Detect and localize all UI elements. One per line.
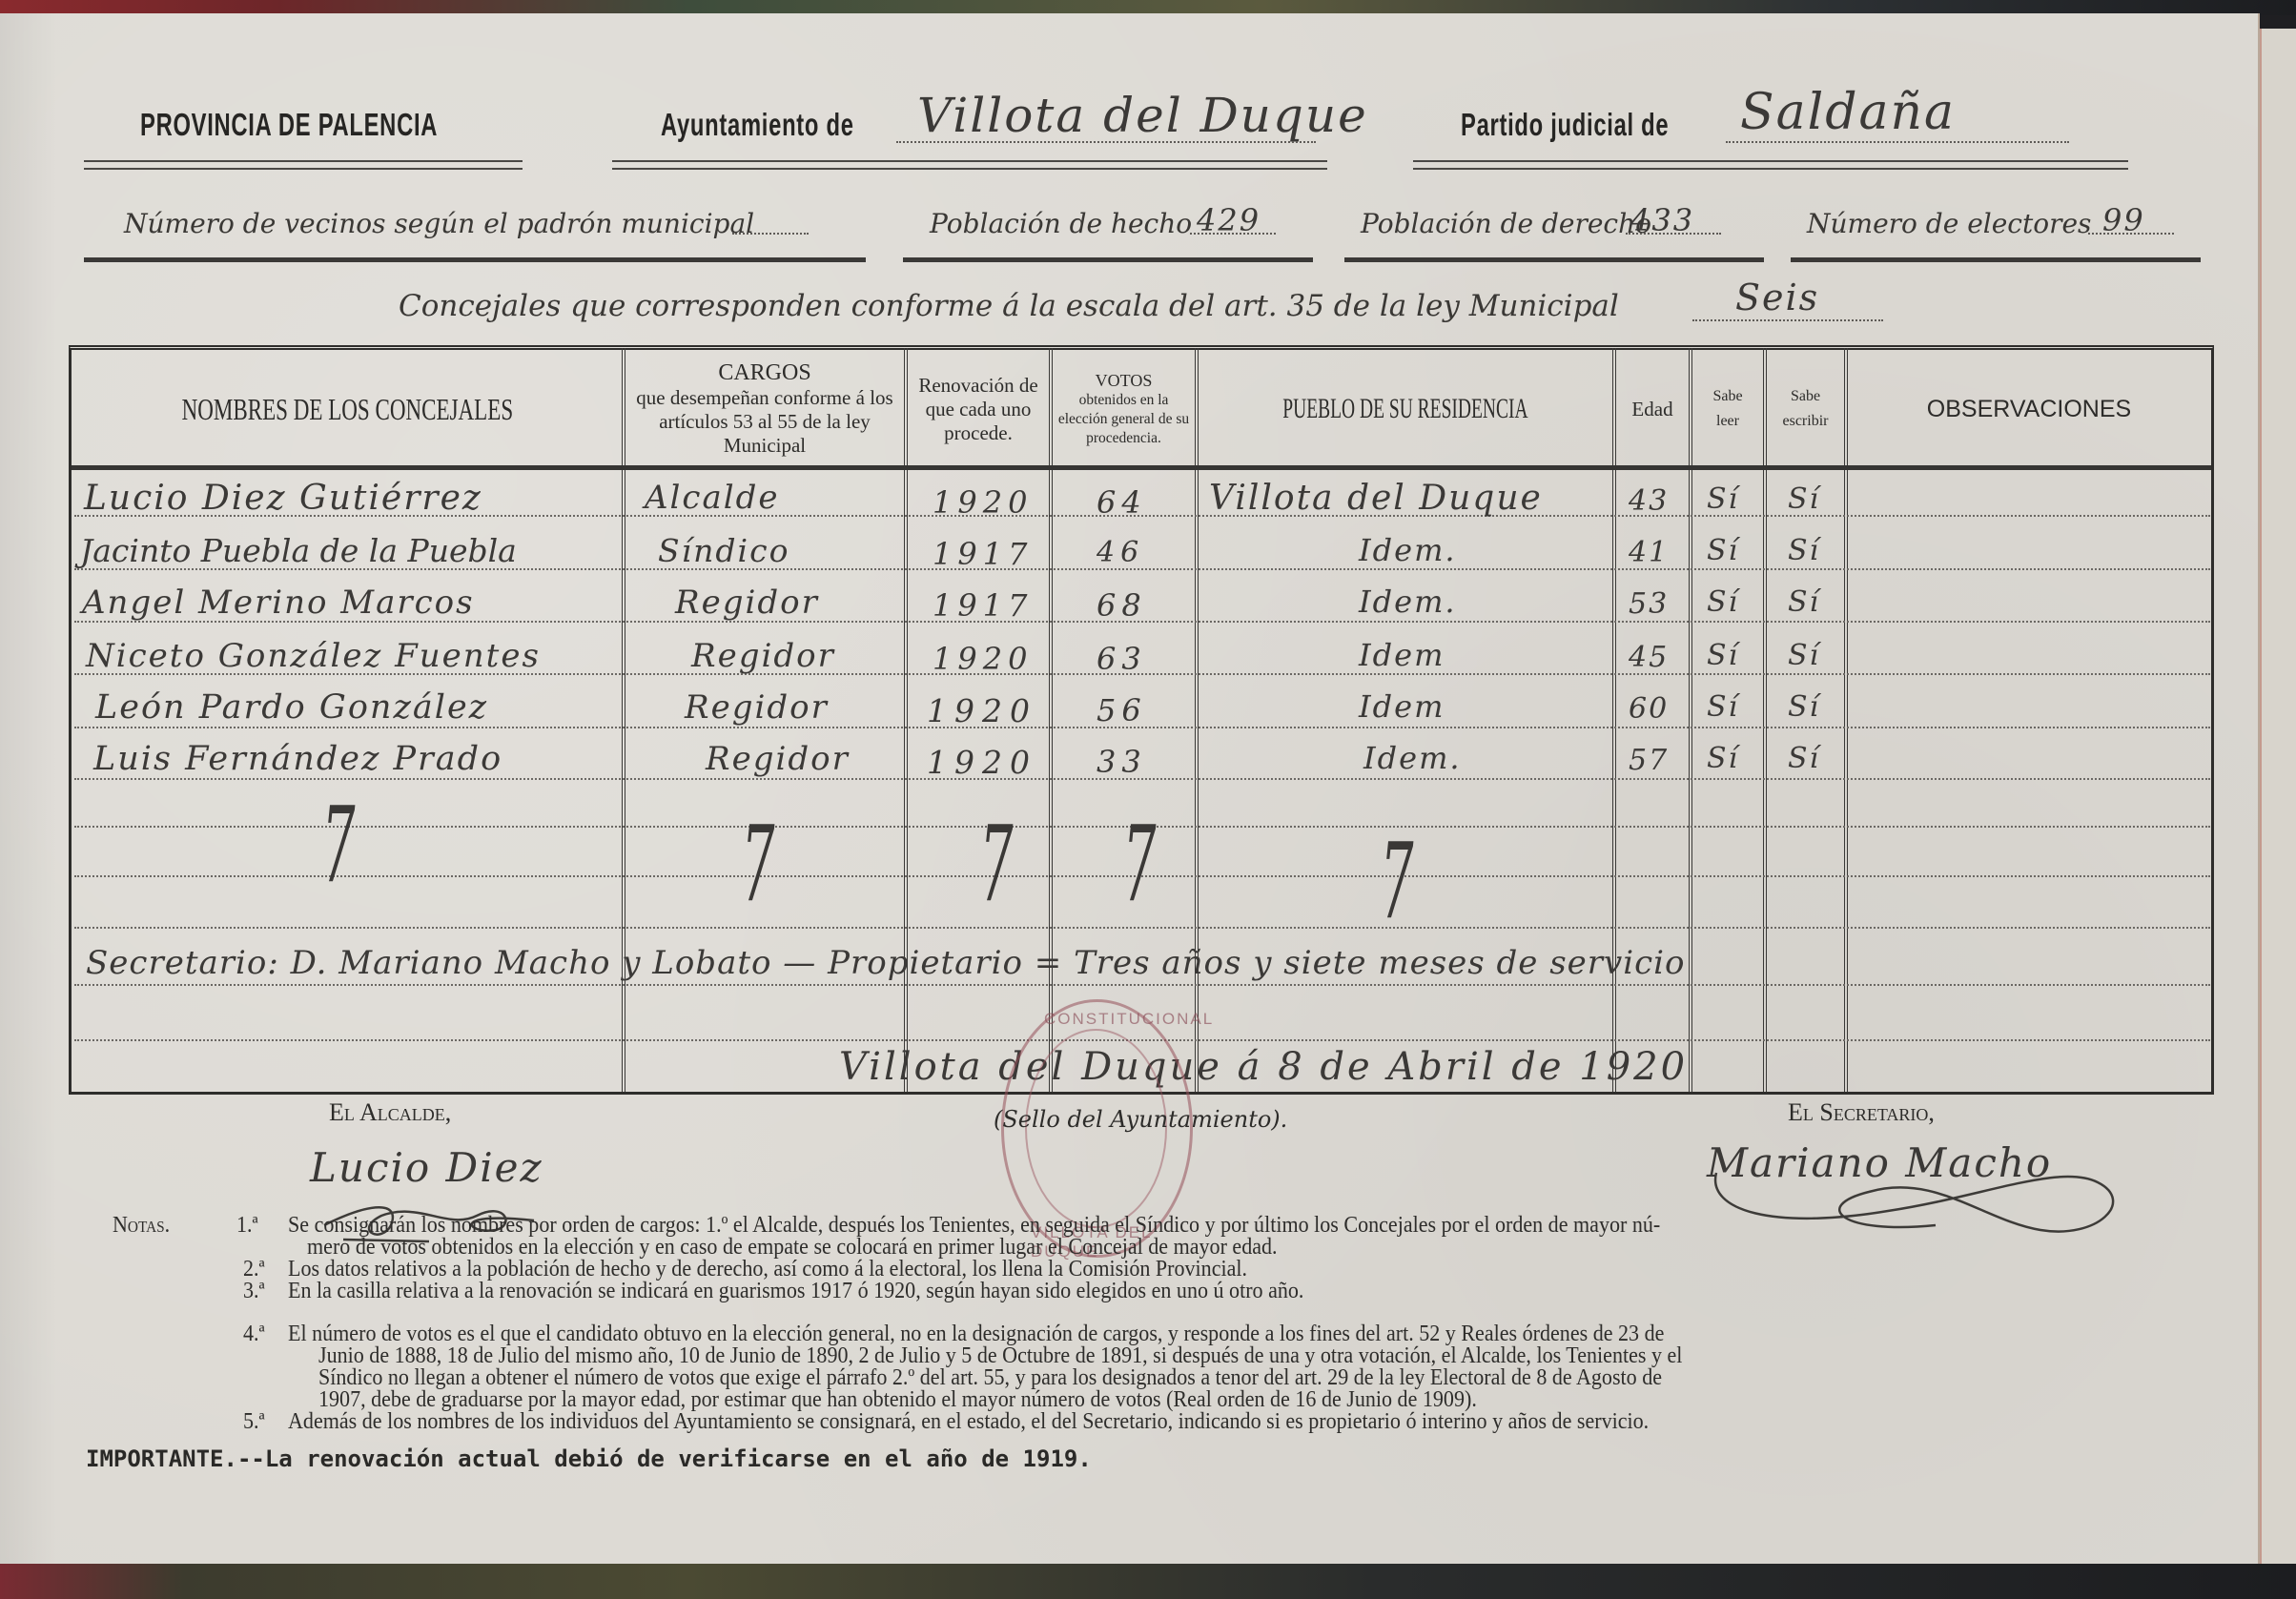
secretario-rubric — [1697, 1144, 2136, 1249]
cell-pueblo: Idem — [1359, 637, 1445, 673]
cell-votos: 56 — [1097, 692, 1147, 728]
dotted-line — [1190, 233, 1276, 235]
alcalde-label: El Alcalde, — [329, 1098, 451, 1127]
note-3-num: 3.ª — [243, 1281, 265, 1302]
column-header-observaciones: OBSERVACIONES — [1848, 353, 2210, 465]
cell-renovacion: 1917 — [933, 536, 1033, 572]
column-header-sabe-escribir: Sabe escribir — [1767, 353, 1844, 465]
note-5-num: 5.ª — [243, 1411, 265, 1432]
column-header-title: CARGOS — [718, 360, 810, 386]
cell-sabe-escribir: Sí — [1788, 534, 1820, 567]
cell-renovacion: 1920 — [927, 692, 1037, 729]
cell-pueblo: Villota del Duque — [1209, 479, 1543, 518]
cell-pueblo: Idem. — [1359, 584, 1457, 620]
rule — [903, 257, 1313, 262]
provincia-label: PROVINCIA DE PALENCIA — [140, 107, 438, 143]
important-notice: IMPORTANTE.--La renovación actual debió … — [86, 1445, 1092, 1472]
cell-cargo: Síndico — [658, 532, 789, 569]
page-gutter-shadow — [0, 13, 57, 1569]
seal-top-text: CONSTITUCIONAL — [1044, 1010, 1214, 1029]
concejales-label: Concejales que corresponden conforme á l… — [399, 289, 1619, 323]
hecho-label: Población de hecho — [930, 208, 1192, 239]
partido-label: Partido judicial de — [1461, 107, 1669, 143]
column-header-votos: VOTOS obtenidos en la elección general d… — [1053, 353, 1195, 465]
cell-sabe-escribir: Sí — [1788, 690, 1820, 724]
cell-nombre: Lucio Diez Gutiérrez — [84, 479, 482, 518]
cell-nombre: Angel Merino Marcos — [82, 584, 475, 622]
cell-renovacion: 1920 — [927, 744, 1037, 781]
column-header-renovacion: Renovación de que cada uno procede. — [908, 353, 1049, 465]
cell-nombre: Luis Fernández Prado — [93, 740, 502, 778]
cell-cargo: Regidor — [691, 637, 835, 675]
cell-pueblo: Idem. — [1359, 532, 1457, 568]
fecha-line: Villota del Duque á 8 de Abril de 1920 — [839, 1045, 1688, 1089]
cell-edad: 41 — [1629, 536, 1669, 569]
cell-edad: 60 — [1629, 692, 1669, 726]
column-header-label: Renovación de que cada uno procede. — [912, 374, 1045, 445]
dotted-line — [896, 141, 1316, 143]
cell-sabe-escribir: Sí — [1788, 639, 1820, 672]
column-header-edad: Edad — [1616, 353, 1689, 465]
cell-edad: 45 — [1629, 641, 1669, 674]
note-2-num: 2.ª — [243, 1259, 265, 1280]
cell-votos: 63 — [1097, 641, 1147, 677]
note-4-line-3: Síndico no llegan a obtener el número de… — [318, 1367, 1662, 1388]
rule — [1791, 257, 2201, 262]
next-page-edge — [2260, 29, 2296, 1573]
column-header-title: VOTOS — [1096, 371, 1153, 391]
rule — [612, 160, 1327, 170]
column-header-pueblo: PUEBLO DE SU RESIDENCIA — [1199, 353, 1612, 465]
column-header-label: NOMBRES DE LOS CONCEJALES — [181, 392, 513, 427]
cell-sabe-escribir: Sí — [1788, 585, 1820, 619]
dotted-line — [1626, 233, 1721, 235]
book-binding-bottom — [0, 1564, 2296, 1599]
cell-cargo: Alcalde — [645, 479, 780, 517]
dotted-line — [1692, 319, 1883, 321]
row-divider — [74, 984, 2210, 986]
cell-edad: 43 — [1629, 484, 1669, 518]
secretario-line: Secretario: D. Mariano Macho y Lobato — … — [86, 944, 1686, 982]
column-header-label: que desempeñan conforme á los artículos … — [631, 386, 898, 458]
header-rule — [72, 465, 2211, 470]
note-1-line-1: Se consignarán los nombres por orden de … — [288, 1215, 1660, 1236]
row-divider — [74, 927, 2210, 929]
rule — [84, 160, 523, 170]
empty-row-mark: 7 — [322, 784, 356, 906]
concejales-value: Seis — [1735, 277, 1819, 318]
cell-votos: 64 — [1097, 484, 1147, 521]
empty-row-mark: 7 — [1123, 803, 1157, 925]
note-4-line-2: Junio de 1888, 18 de Julio del mismo año… — [318, 1345, 1682, 1366]
empty-row-mark: 7 — [980, 803, 1014, 925]
column-header-label: Sabe leer — [1704, 384, 1752, 434]
secretario-label: El Secretario, — [1788, 1098, 1935, 1127]
note-5-line-1: Además de los nombres de los individuos … — [288, 1411, 1649, 1432]
cell-sabe-escribir: Sí — [1788, 742, 1820, 775]
cell-nombre: León Pardo González — [95, 688, 488, 727]
note-1-line-2: mero de votos obtenidos en la elección y… — [307, 1237, 1278, 1258]
column-header-label: Sabe escribir — [1773, 384, 1839, 434]
cell-votos: 33 — [1097, 744, 1147, 780]
notes-title: Notas. — [113, 1215, 170, 1236]
derecho-label: Población de derecho — [1361, 208, 1651, 239]
note-4-num: 4.ª — [243, 1323, 265, 1344]
cell-cargo: Regidor — [685, 688, 829, 727]
cell-sabe-leer: Sí — [1707, 639, 1739, 672]
ayuntamiento-label: Ayuntamiento de — [661, 107, 854, 143]
cell-cargo: Regidor — [675, 584, 819, 622]
cell-sabe-leer: Sí — [1707, 742, 1739, 775]
vecinos-field — [732, 233, 809, 235]
cell-votos: 46 — [1097, 536, 1144, 569]
column-header-label: PUEBLO DE SU RESIDENCIA — [1282, 393, 1527, 425]
cell-sabe-leer: Sí — [1707, 534, 1739, 567]
empty-row-mark: 7 — [1381, 820, 1414, 942]
cell-edad: 57 — [1629, 744, 1669, 777]
sello-label: (Sello del Ayuntamiento). — [994, 1106, 1287, 1133]
cell-nombre: Niceto González Fuentes — [86, 637, 541, 675]
cell-sabe-leer: Sí — [1707, 585, 1739, 619]
cell-pueblo: Idem — [1359, 688, 1445, 725]
cell-nombre: Jacinto Puebla de la Puebla — [80, 532, 517, 569]
column-header-sabe-leer: Sabe leer — [1692, 353, 1763, 465]
electores-label: Número de electores — [1807, 208, 2091, 239]
note-3-line-1: En la casilla relativa a la renovación s… — [288, 1281, 1303, 1302]
rule — [84, 257, 866, 262]
column-header-label: Edad — [1631, 398, 1672, 421]
note-4-line-4: 1907, debe de graduarse por la mayor eda… — [318, 1389, 1477, 1410]
partido-value: Saldaña — [1740, 84, 1956, 141]
cell-votos: 68 — [1097, 587, 1147, 624]
vecinos-label: Número de vecinos según el padrón munici… — [124, 208, 754, 239]
column-header-nombres: NOMBRES DE LOS CONCEJALES — [72, 353, 622, 465]
column-header-cargos: CARGOS que desempeñan conforme á los art… — [625, 353, 904, 465]
cell-sabe-leer: Sí — [1707, 482, 1739, 516]
cell-renovacion: 1920 — [933, 641, 1033, 677]
cell-sabe-leer: Sí — [1707, 690, 1739, 724]
note-1-num: 1.ª — [236, 1215, 258, 1236]
note-4-line-1: El número de votos es el que el candidat… — [288, 1323, 1664, 1344]
column-header-label: OBSERVACIONES — [1927, 396, 2131, 423]
cell-pueblo: Idem. — [1363, 740, 1462, 776]
empty-row-mark: 7 — [742, 803, 775, 925]
cell-renovacion: 1920 — [933, 484, 1033, 521]
ayuntamiento-value: Villota del Duque — [917, 88, 1368, 143]
note-2-line-1: Los datos relativos a la población de he… — [288, 1259, 1247, 1280]
rule — [1413, 160, 2128, 170]
cell-edad: 53 — [1629, 587, 1669, 621]
rule — [1344, 257, 1764, 262]
dotted-line — [1726, 141, 2069, 143]
cell-cargo: Regidor — [706, 740, 850, 778]
column-header-label: obtenidos en la elección general de su p… — [1058, 391, 1190, 448]
cell-renovacion: 1917 — [933, 587, 1033, 624]
cell-sabe-escribir: Sí — [1788, 482, 1820, 516]
dotted-line — [2088, 233, 2174, 235]
